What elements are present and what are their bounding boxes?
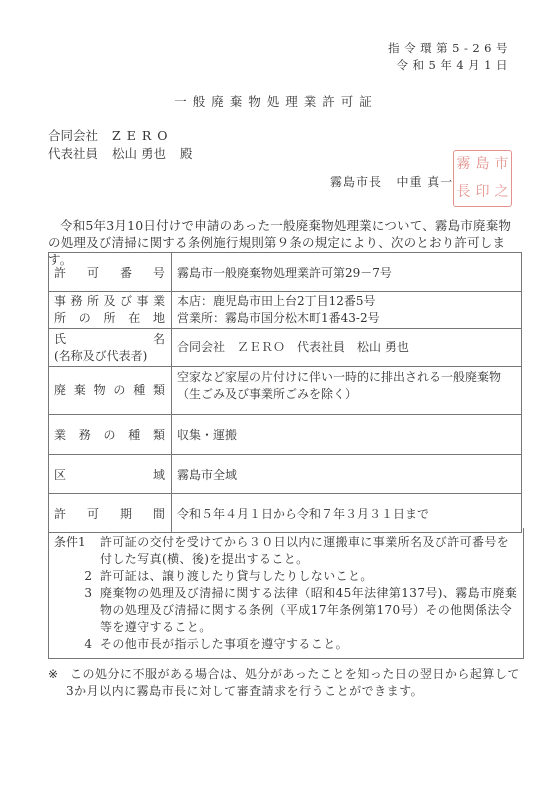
table-row: 事務所及び事業 所の所在地 本店：鹿児島市田上台2丁目12番5号 営業所：霧島市… (49, 292, 522, 329)
row-value: 収集・運搬 (172, 415, 522, 455)
signer-title: 霧島市長 (330, 175, 382, 189)
row-value: 合同会社 ＺＥＲＯ 代表社員 松山 勇也 (172, 329, 522, 367)
condition-text: 許可証の交付を受けてから３０日以内に運搬車に事業所名及び許可番号を付した写真(横… (100, 534, 518, 568)
condition-text: 廃棄物の処理及び清掃に関する法律（昭和45年法律第137号)、霧島市廃棄物の処理… (100, 585, 518, 636)
table-row: 廃棄物の種類 空家など家屋の片付けに伴い一時的に排出される一般廃棄物 （生ごみ及… (49, 367, 522, 415)
label-line: (名称及び代表者) (54, 348, 166, 365)
row-label: 業務の種類 (49, 415, 172, 455)
label-line: 事務所及び事業 (54, 293, 166, 310)
label-line: 所の所在地 (54, 310, 166, 327)
note-line: この処分に不服がある場合は、処分があったことを知った日の翌日から起算して (70, 667, 520, 681)
condition-text: その他市長が指示した事項を遵守すること。 (100, 636, 518, 653)
row-value: 本店：鹿児島市田上台2丁目12番5号 営業所：霧島市国分松木町1番43-2号 (172, 292, 522, 329)
row-label: 事務所及び事業 所の所在地 (49, 292, 172, 329)
issue-date: 令和5年4月1日 (388, 57, 512, 74)
row-label: 廃棄物の種類 (49, 367, 172, 415)
condition-item: 2 許可証は、譲り渡したり貸与したりしないこと。 (54, 568, 518, 585)
representative-title: 代表社員 (48, 146, 98, 161)
condition-number: 3 (54, 585, 100, 636)
note-mark: ※ (48, 666, 70, 683)
table-row: 許可番号 霧島市一般廃棄物処理業許可第29－7号 (49, 253, 522, 292)
stamp-char: 之 (492, 179, 511, 207)
condition-number: 2 (54, 568, 100, 585)
honorific: 殿 (180, 146, 193, 161)
value-line: 空家など家屋の片付けに伴い一時的に排出される一般廃棄物 (177, 369, 517, 386)
row-label: 許可番号 (49, 253, 172, 292)
row-value: 空家など家屋の片付けに伴い一時的に排出される一般廃棄物 （生ごみ及び事業所ごみを… (172, 367, 522, 415)
row-label: 氏名 (名称及び代表者) (49, 329, 172, 367)
condition-text: 許可証は、譲り渡したり貸与したりしないこと。 (100, 568, 518, 585)
company-prefix: 合同会社 (48, 128, 98, 143)
condition-number: 4 (54, 636, 100, 653)
signer-name: 中重 真一 (396, 175, 453, 189)
value-line: 本店：鹿児島市田上台2丁目12番5号 (177, 293, 517, 310)
appeal-note: ※この処分に不服がある場合は、処分があったことを知った日の翌日から起算して 3か… (48, 666, 526, 700)
label-line: 氏名 (54, 331, 166, 348)
table-row: 許可期間 令和５年４月１日から令和７年３月３１日まで (49, 494, 522, 533)
condition-heading: 条件1 (54, 534, 100, 568)
condition-item: 4 その他市長が指示した事項を遵守すること。 (54, 636, 518, 653)
issue-info: 指令環第5-26号 令和5年4月1日 (388, 40, 512, 74)
value-line: 営業所：霧島市国分松木町1番43-2号 (177, 310, 517, 327)
conditions-box: 条件1 許可証の交付を受けてから３０日以内に運搬車に事業所名及び許可番号を付した… (48, 528, 524, 659)
condition-item: 条件1 許可証の交付を受けてから３０日以内に運搬車に事業所名及び許可番号を付した… (54, 534, 518, 568)
table-row: 区域 霧島市全域 (49, 455, 522, 494)
value-line: （生ごみ及び事業所ごみを除く） (177, 386, 517, 403)
table-row: 業務の種類 収集・運搬 (49, 415, 522, 455)
document-number: 指令環第5-26号 (388, 40, 512, 57)
permit-details-table: 許可番号 霧島市一般廃棄物処理業許可第29－7号 事務所及び事業 所の所在地 本… (48, 252, 522, 533)
stamp-char: 島 (473, 151, 492, 179)
stamp-char: 市 (492, 151, 511, 179)
condition-item: 3 廃棄物の処理及び清掃に関する法律（昭和45年法律第137号)、霧島市廃棄物の… (54, 585, 518, 636)
representative-name: 松山 勇也 (112, 146, 166, 161)
document-title: 一般廃棄物処理業許可証 (0, 92, 552, 110)
table-row: 氏名 (名称及び代表者) 合同会社 ＺＥＲＯ 代表社員 松山 勇也 (49, 329, 522, 367)
official-seal-stamp: 霧 島 市 長 印 之 (453, 150, 512, 207)
row-label: 許可期間 (49, 494, 172, 533)
note-line: 3か月以内に霧島市長に対して審査請求を行うことができます。 (48, 683, 526, 700)
stamp-char: 霧 (454, 151, 473, 179)
row-value: 霧島市全域 (172, 455, 522, 494)
company-name: ZERO (112, 128, 173, 143)
stamp-char: 長 (454, 179, 473, 207)
signer: 霧島市長 中重 真一 (330, 173, 453, 190)
stamp-char: 印 (473, 179, 492, 207)
addressee: 合同会社ZERO 代表社員松山 勇也殿 (48, 127, 193, 163)
row-value: 令和５年４月１日から令和７年３月３１日まで (172, 494, 522, 533)
row-label: 区域 (49, 455, 172, 494)
row-value: 霧島市一般廃棄物処理業許可第29－7号 (172, 253, 522, 292)
